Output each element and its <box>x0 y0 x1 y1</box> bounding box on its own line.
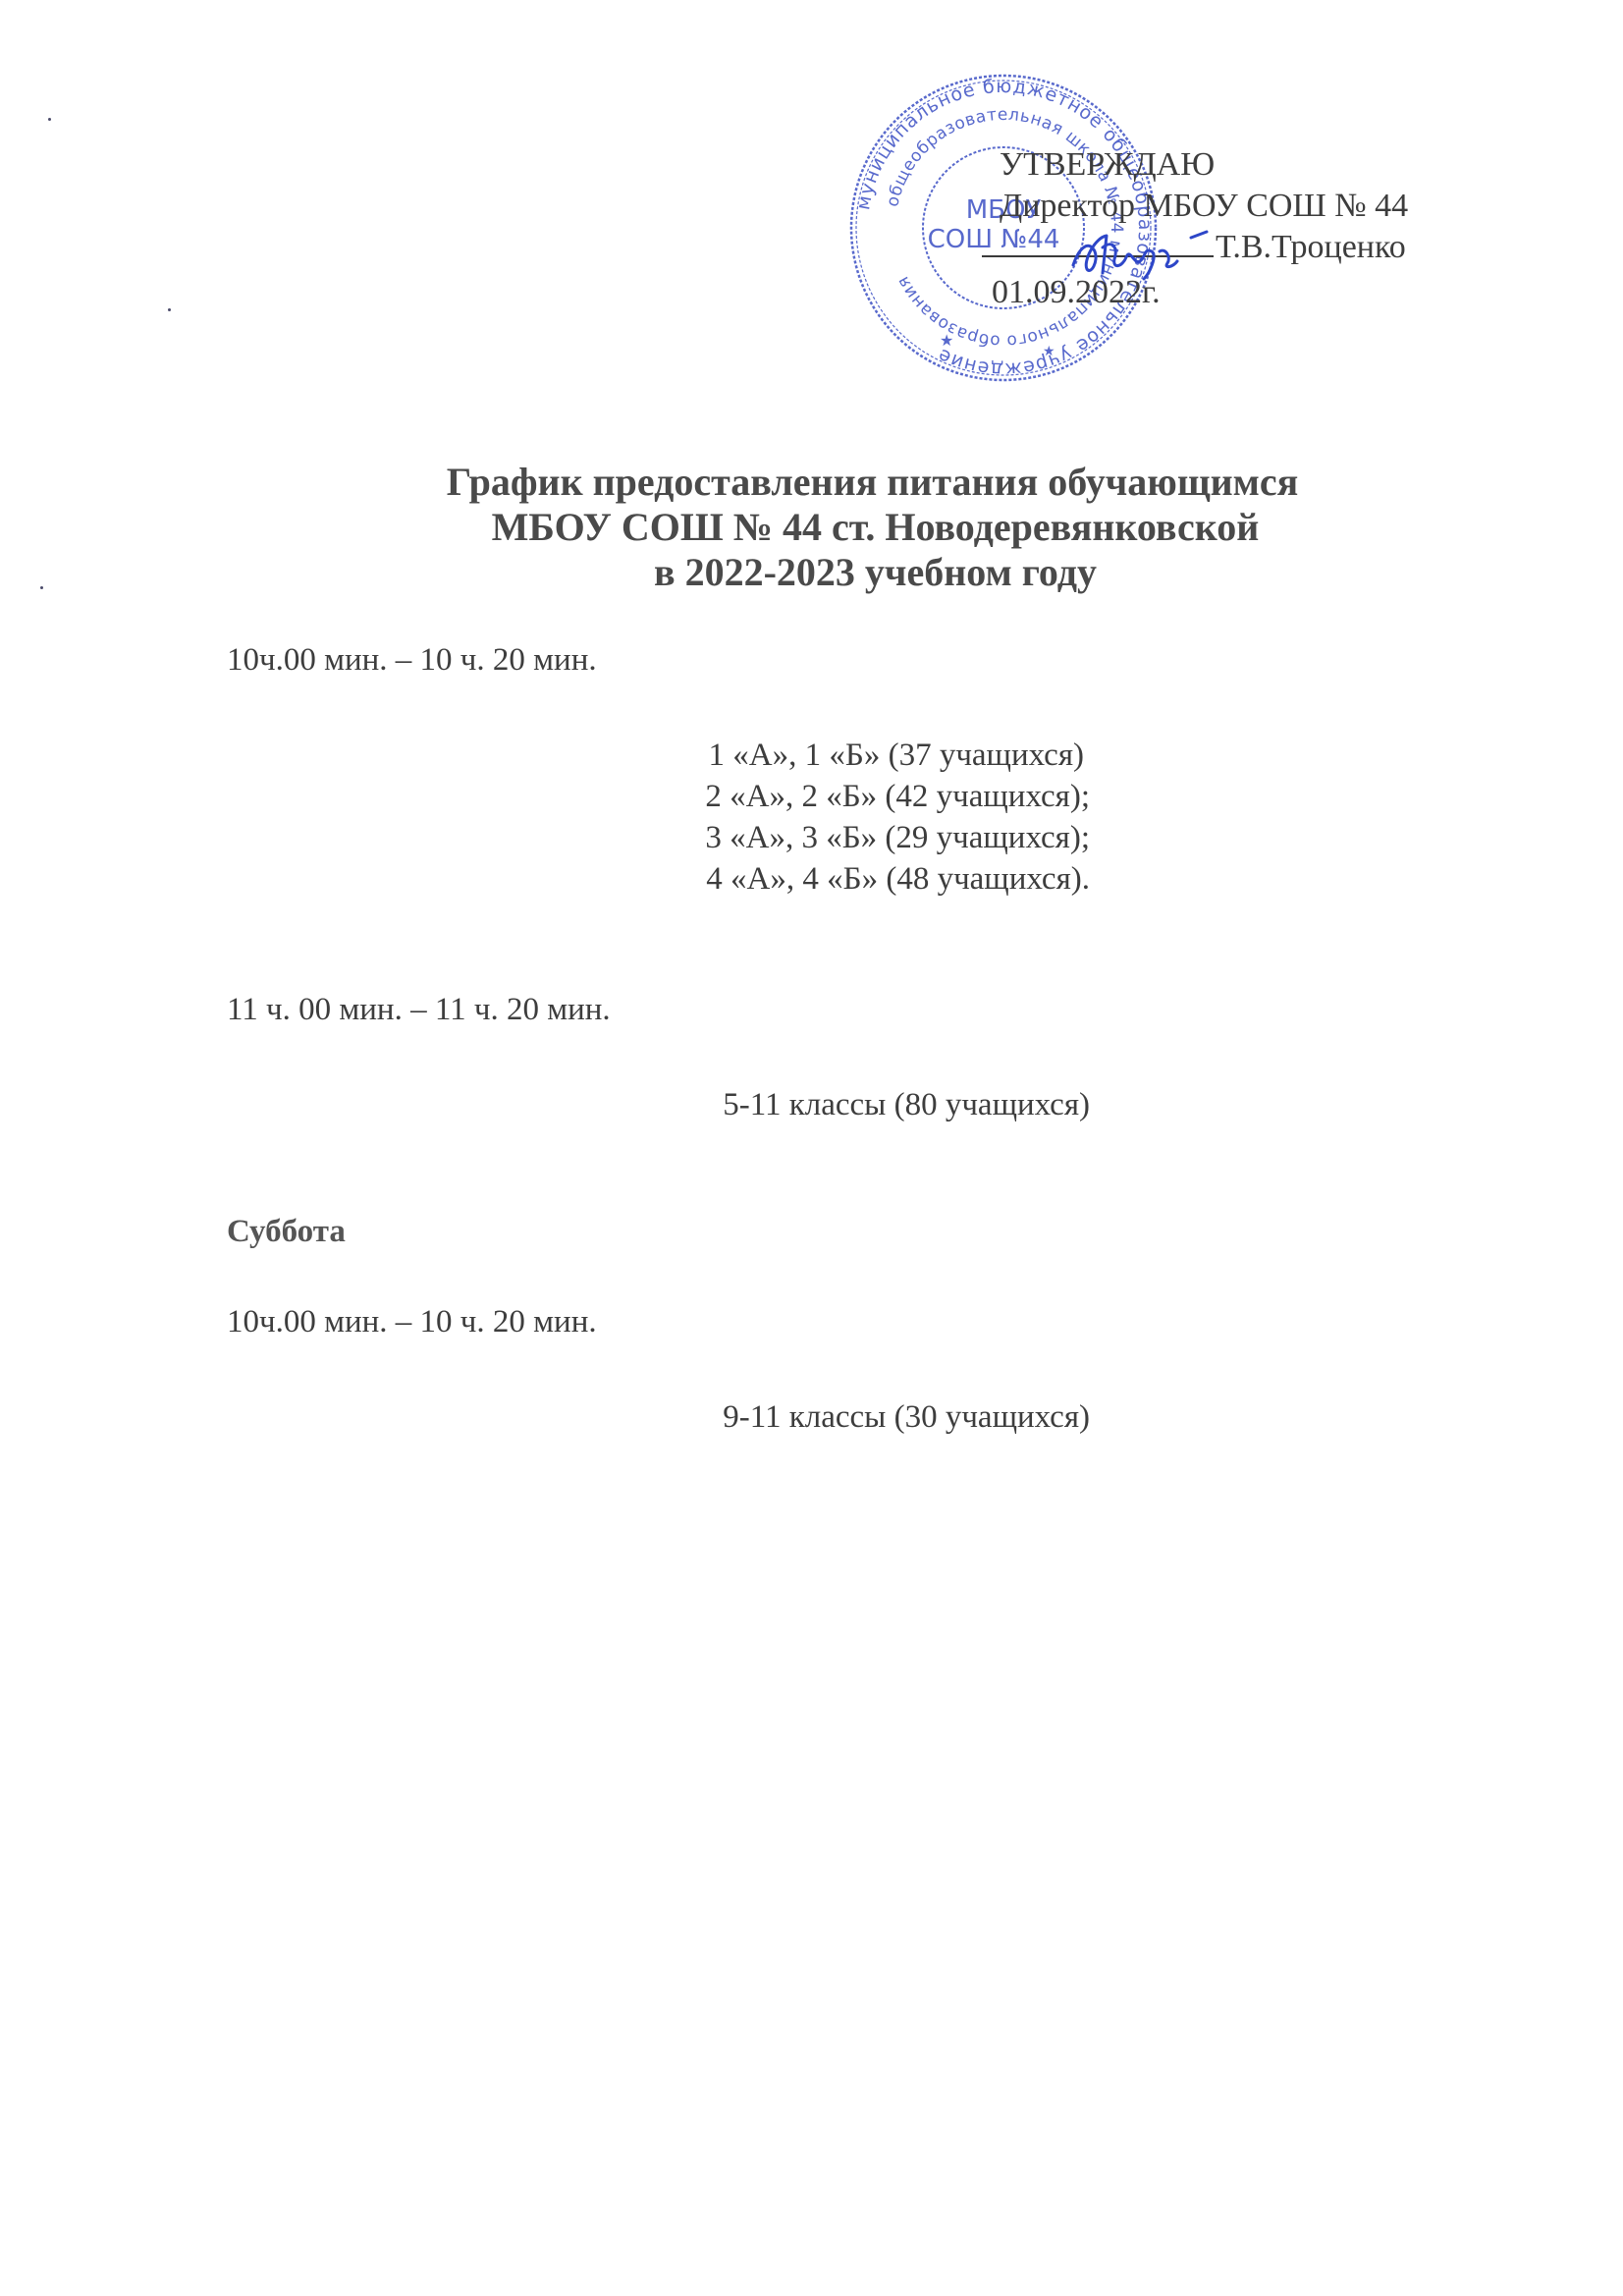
group-row: 2 «А», 2 «Б» (42 учащихся); <box>0 776 1090 817</box>
approval-heading: УТВЕРЖДАЮ <box>1000 145 1215 185</box>
time-slot-2-groups: 5-11 классы (80 учащихся) <box>0 1084 1090 1125</box>
title-line-2: МБОУ СОШ № 44 ст. Новодеревянковской <box>128 505 1623 550</box>
svg-text:★: ★ <box>1043 344 1055 359</box>
time-slot-1: 10ч.00 мин. – 10 ч. 20 мин. <box>227 640 597 680</box>
scan-speck <box>48 118 51 121</box>
saturday-heading: Суббота <box>227 1214 346 1250</box>
saturday-groups: 9-11 классы (30 учащихся) <box>0 1396 1090 1438</box>
document-page: муниципальное бюджетное общеобразователь… <box>0 0 1623 2296</box>
group-row: 5-11 классы (80 учащихся) <box>0 1084 1090 1125</box>
group-row: 9-11 классы (30 учащихся) <box>0 1396 1090 1438</box>
document-title: График предоставления питания обучающимс… <box>0 460 1623 595</box>
time-slot-1-groups: 1 «А», 1 «Б» (37 учащихся) 2 «А», 2 «Б» … <box>0 735 1090 900</box>
saturday-time-slot: 10ч.00 мин. – 10 ч. 20 мин. <box>227 1302 597 1341</box>
time-slot-2: 11 ч. 00 мин. – 11 ч. 20 мин. <box>227 990 611 1029</box>
svg-text:★: ★ <box>940 331 953 350</box>
approval-signatory: Т.В.Троценко <box>1216 229 1406 265</box>
scan-speck <box>168 308 171 311</box>
group-row: 3 «А», 3 «Б» (29 учащихся); <box>0 817 1090 858</box>
signature-icon <box>1065 218 1213 287</box>
handwritten-signature <box>1065 218 1213 287</box>
title-line-1: График предоставления питания обучающимс… <box>61 460 1623 505</box>
group-row: 4 «А», 4 «Б» (48 учащихся). <box>0 858 1090 900</box>
title-line-3: в 2022-2023 учебном году <box>128 550 1623 595</box>
group-row: 1 «А», 1 «Б» (37 учащихся) <box>0 735 1084 776</box>
